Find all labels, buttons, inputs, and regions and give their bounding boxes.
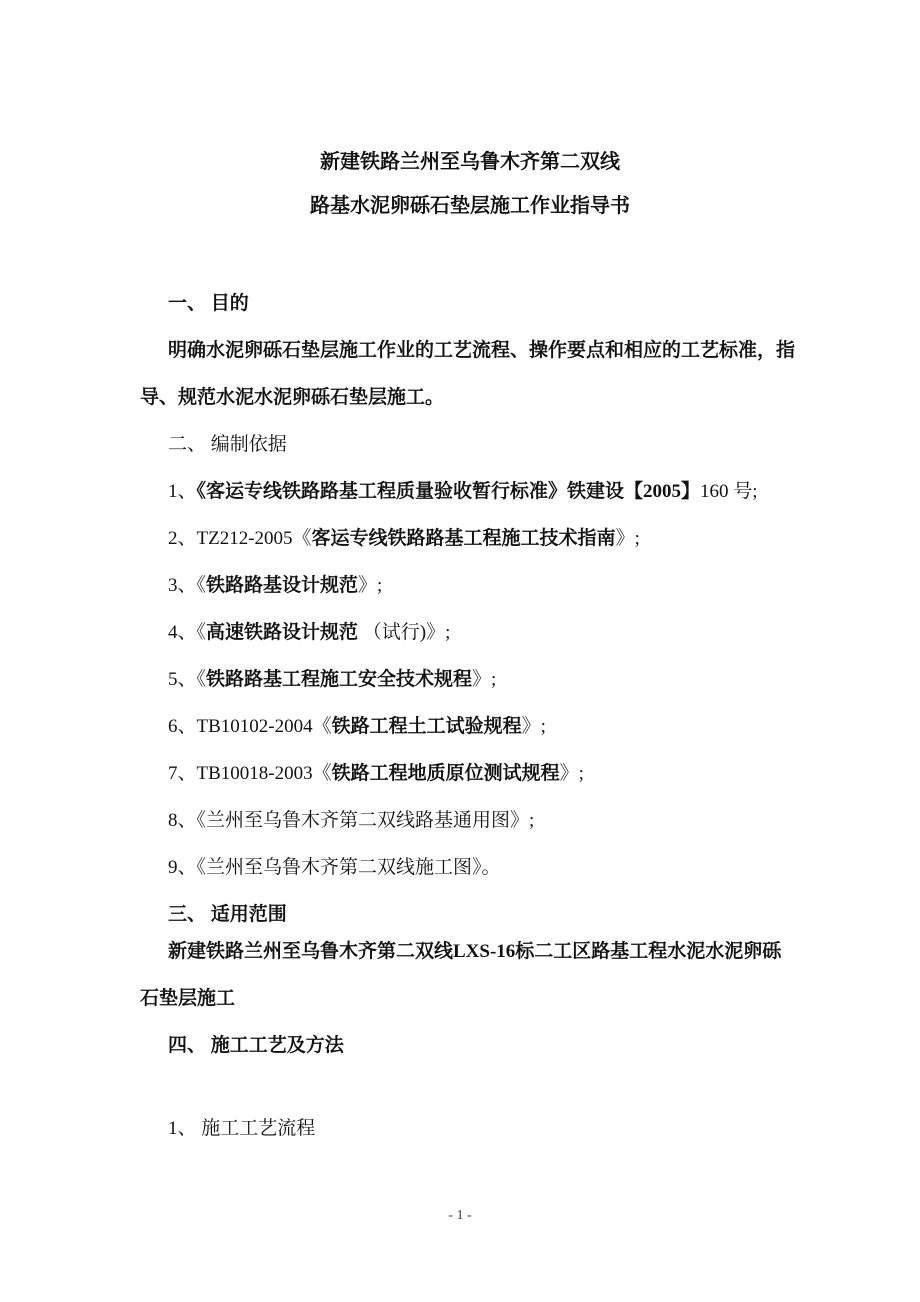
text-run: 5、《 xyxy=(168,669,206,690)
spacer xyxy=(140,1069,800,1105)
paragraph-line: 新建铁路兰州至乌鲁木齐第二双线LXS-16标二工区路基工程水泥水泥卵砾 xyxy=(140,928,800,975)
reference-item: 5、《铁路路基工程施工安全技术规程》; xyxy=(140,656,800,703)
reference-item: 7、TB10018-2003《铁路工程地质原位测试规程》; xyxy=(140,750,800,797)
text-run: 导、规范水泥水泥卵砾石垫层施工。 xyxy=(140,387,444,408)
text-run: 2、TZ212-2005《 xyxy=(168,528,312,549)
text-run: 明确水泥卵砾石垫层施工作业的工艺流程、操作要点和相应的工艺标准，指 xyxy=(168,340,795,361)
text-run: 》; xyxy=(616,528,640,549)
section-heading-4: 四、 施工工艺及方法 xyxy=(140,1022,800,1069)
text-run: 》; xyxy=(358,575,382,596)
reference-item: 8、《兰州至乌鲁木齐第二双线路基通用图》; xyxy=(140,797,800,844)
text-run: 客运专线铁路路基工程施工技术指南 xyxy=(312,528,616,549)
document-page: 新建铁路兰州至乌鲁木齐第二双线路基水泥卵砾石垫层施工作业指导书一、 目的明确水泥… xyxy=(0,0,920,1302)
text-run: （试行)》; xyxy=(358,622,450,643)
document-body: 新建铁路兰州至乌鲁木齐第二双线路基水泥卵砾石垫层施工作业指导书一、 目的明确水泥… xyxy=(140,140,800,1152)
document-title: 新建铁路兰州至乌鲁木齐第二双线 xyxy=(140,140,800,184)
text-run: 二、 编制依据 xyxy=(168,434,287,455)
text-run: 》; xyxy=(472,669,496,690)
paragraph-line: 导、规范水泥水泥卵砾石垫层施工。 xyxy=(140,374,800,421)
reference-item: 6、TB10102-2004《铁路工程土工试验规程》; xyxy=(140,703,800,750)
page-number: - 1 - xyxy=(0,1206,920,1226)
reference-item: 3、《铁路路基设计规范》; xyxy=(140,562,800,609)
reference-item: 4、《高速铁路设计规范 （试行)》; xyxy=(140,609,800,656)
section-heading-1: 一、 目的 xyxy=(140,280,800,327)
text-run: 9、《兰州至乌鲁木齐第二双线施工图》。 xyxy=(168,857,501,878)
text-run: 7、TB10018-2003《 xyxy=(168,763,332,784)
reference-item: 1、《客运专线铁路路基工程质量验收暂行标准》铁建设【2005】160 号; xyxy=(140,468,800,515)
text-run: 160 号; xyxy=(700,481,758,502)
paragraph-line: 明确水泥卵砾石垫层施工作业的工艺流程、操作要点和相应的工艺标准，指 xyxy=(140,327,800,374)
text-run: 铁路工程地质原位测试规程 xyxy=(332,763,560,784)
reference-item: 2、TZ212-2005《客运专线铁路路基工程施工技术指南》; xyxy=(140,515,800,562)
text-run: 6、TB10102-2004《 xyxy=(168,716,332,737)
text-run: 》; xyxy=(560,763,584,784)
section-heading-2: 二、 编制依据 xyxy=(140,421,800,468)
text-run: 铁路路基工程施工安全技术规程 xyxy=(206,669,472,690)
subsection-heading: 1、 施工工艺流程 xyxy=(140,1105,800,1152)
text-run: 三、 适用范围 xyxy=(168,904,287,925)
text-run: 新建铁路兰州至乌鲁木齐第二双线LXS-16标二工区路基工程水泥水泥卵砾 xyxy=(168,941,781,962)
text-run: 新建铁路兰州至乌鲁木齐第二双线 xyxy=(320,151,620,173)
text-run: 铁路工程土工试验规程 xyxy=(332,716,522,737)
text-run: 《客运专线铁路路基工程质量验收暂行标准》铁建设【2005】 xyxy=(197,481,701,502)
text-run: 路基水泥卵砾石垫层施工作业指导书 xyxy=(310,195,630,217)
text-run: 》; xyxy=(522,716,546,737)
text-run: 一、 目的 xyxy=(168,293,249,314)
text-run: 1、 施工工艺流程 xyxy=(168,1118,315,1139)
text-run: 铁路路基设计规范 xyxy=(206,575,358,596)
paragraph-line: 石垫层施工 xyxy=(140,975,800,1022)
text-run: 3、《 xyxy=(168,575,206,596)
document-subtitle: 路基水泥卵砾石垫层施工作业指导书 xyxy=(140,184,800,228)
spacer xyxy=(140,228,800,280)
reference-item: 9、《兰州至乌鲁木齐第二双线施工图》。 xyxy=(140,844,800,891)
text-run: 高速铁路设计规范 xyxy=(206,622,358,643)
text-run: 石垫层施工 xyxy=(140,988,235,1009)
text-run: 4、《 xyxy=(168,622,206,643)
text-run: 四、 施工工艺及方法 xyxy=(168,1035,344,1056)
text-run: 8、《兰州至乌鲁木齐第二双线路基通用图》; xyxy=(168,810,534,831)
text-run: 1、 xyxy=(168,481,197,502)
